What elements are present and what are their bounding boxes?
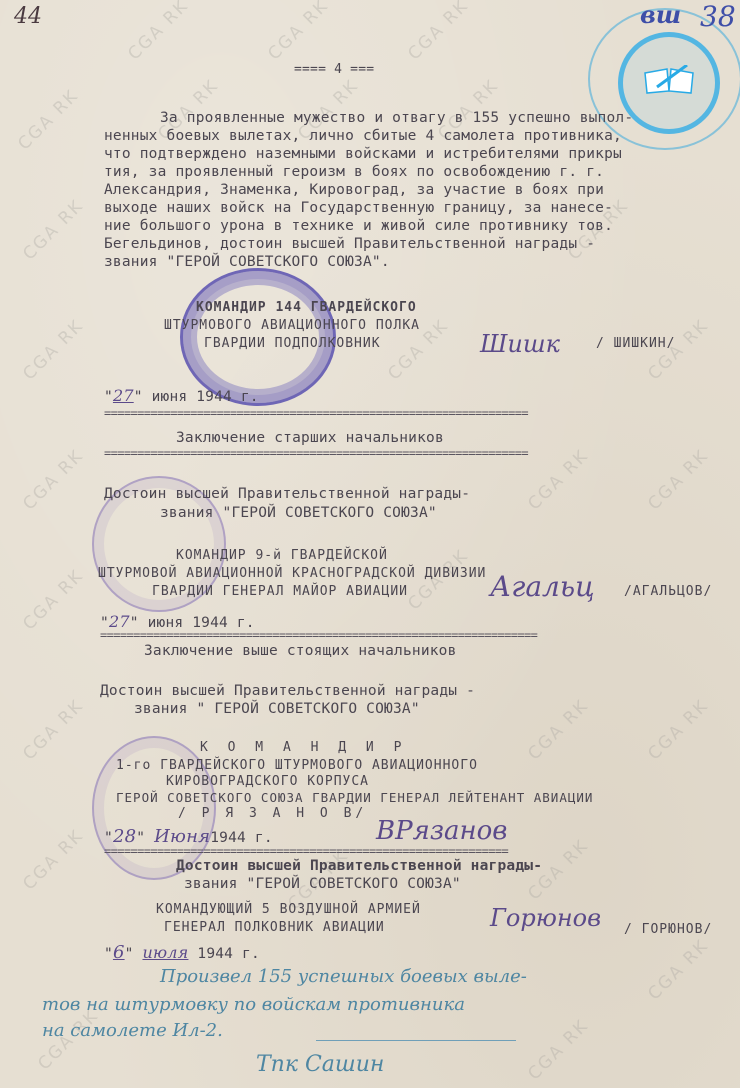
verdict-line: звания " ГЕРОЙ СОВЕТСКОГО СОЮЗА" [134, 701, 420, 717]
commander-name: / ШИШКИН/ [596, 336, 675, 351]
citation-line: Бегельдинов, достоин высшей Правительств… [104, 236, 595, 252]
commander-title-line: ШТУРМОВОГО АВИАЦИОННОГО ПОЛКА [164, 318, 420, 333]
watermark: CGA RK [644, 446, 713, 515]
watermark: CGA RK [524, 446, 593, 515]
note-line: на самолете Ил-2. [42, 1020, 223, 1041]
commander-name: /АГАЛЬЦОВ/ [624, 584, 712, 599]
watermark: CGA RK [644, 936, 713, 1005]
verdict-line: Достоин высшей Правительственной награды… [100, 683, 475, 699]
watermark: CGA RK [19, 696, 88, 765]
watermark: CGA RK [19, 826, 88, 895]
note-line: тов на штурмовку по войскам противника [42, 994, 465, 1015]
watermark: CGA RK [19, 566, 88, 635]
citation-line: За проявленные мужество и отвагу в 155 у… [160, 110, 633, 126]
date-rest: 1944 г. [197, 946, 260, 962]
date-line: "6" июля 1944 г. [104, 942, 260, 963]
commander-name: / Р Я З А Н О В/ [178, 806, 367, 821]
watermark: CGA RK [124, 0, 193, 64]
commander-title-line: ШТУРМОВОЙ АВИАЦИОННОЙ КРАСНОГРАДСКОЙ ДИВ… [98, 566, 486, 581]
commander-title-line: ГВАРДИИ ПОДПОЛКОВНИК [204, 336, 381, 351]
archive-sheet-number: 38 [700, 0, 736, 33]
watermark: CGA RK [644, 696, 713, 765]
watermark: CGA RK [19, 196, 88, 265]
commander-signature: Шишк [480, 330, 560, 358]
commander-signature: Агальц [490, 570, 595, 603]
citation-line: тия, за проявленный героизм в боях по ос… [104, 164, 604, 180]
citation-line: что подтверждено наземными войсками и ис… [104, 146, 622, 162]
document-page: CGA RK CGA RK CGA RK CGA RK CGA RK CGA R… [0, 0, 740, 1088]
commander-title-line: ГВАРДИИ ГЕНЕРАЛ МАЙОР АВИАЦИИ [152, 584, 408, 599]
verdict-line: звания "ГЕРОЙ СОВЕТСКОГО СОЮЗА" [184, 876, 461, 892]
archive-stamp-inner [618, 32, 720, 134]
watermark: CGA RK [264, 0, 333, 64]
note-signoff: Тпк Сашин [256, 1052, 384, 1077]
verdict-line: Достоин высшей Правительственной награды… [176, 858, 542, 874]
watermark: CGA RK [524, 1016, 593, 1085]
note-line: Произвел 155 успешных боевых выле- [160, 966, 527, 987]
date-month: июля [142, 943, 188, 962]
verdict-line: Достоин высшей Правительственной награды… [104, 486, 470, 502]
commander-signature: ВРязанов [376, 816, 507, 846]
commander-title-line: КОМАНДУЮЩИЙ 5 ВОЗДУШНОЙ АРМИЕЙ [156, 902, 421, 917]
commander-signature: Горюнов [490, 904, 601, 932]
citation-line: ние большого урона в технике и живой сил… [104, 218, 613, 234]
date-line: "27" июня 1944 г. [104, 386, 259, 405]
archive-initials: вш [640, 0, 681, 29]
date-day: 6 [113, 942, 125, 963]
commander-name: / ГОРЮНОВ/ [624, 922, 712, 937]
separator-line: ========================================… [100, 628, 537, 642]
watermark: CGA RK [19, 446, 88, 515]
verdict-line: звания "ГЕРОЙ СОВЕТСКОГО СОЮЗА" [160, 505, 437, 521]
watermark: CGA RK [19, 316, 88, 385]
section-heading-senior: Заключение старших начальников [176, 430, 444, 446]
separator-line: ========================================… [104, 844, 508, 858]
commander-title-line: КИРОВОГРАДСКОГО КОРПУСА [166, 774, 369, 789]
commander-title-line: КОМАНДИР 144 ГВАРДЕЙСКОГО [196, 300, 417, 315]
commander-title-line: 1-го ГВАРДЕЙСКОГО ШТУРМОВОГО АВИАЦИОННОГ… [116, 758, 478, 773]
date-day: 27 [113, 386, 134, 405]
commander-title-line: КОМАНДИР 9-й ГВАРДЕЙСКОЙ [176, 548, 388, 563]
commander-title-line: К О М А Н Д И Р [200, 740, 407, 755]
folio-number: 44 [14, 4, 42, 29]
separator-line: ========================================… [104, 446, 528, 460]
citation-line: Александрия, Знаменка, Кировоград, за уч… [104, 182, 604, 198]
section-heading-higher: Заключение выше стоящих начальников [144, 643, 457, 659]
watermark: CGA RK [524, 696, 593, 765]
commander-title-line: ГЕНЕРАЛ ПОЛКОВНИК АВИАЦИИ [164, 920, 385, 935]
date-rest: июня 1944 г. [152, 389, 259, 405]
commander-title-line: ГЕРОЙ СОВЕТСКОГО СОЮЗА ГВАРДИИ ГЕНЕРАЛ Л… [116, 790, 593, 805]
book-quill-icon [643, 65, 695, 95]
citation-line: ненных боевых вылетах, лично сбитые 4 са… [104, 128, 622, 144]
watermark: CGA RK [404, 0, 473, 64]
separator-line: ========================================… [104, 406, 528, 420]
citation-line: выходе наших войск на Государственную гр… [104, 200, 613, 216]
page-marker: ==== 4 === [294, 62, 374, 77]
watermark: CGA RK [14, 86, 83, 155]
note-rule [316, 1040, 516, 1041]
